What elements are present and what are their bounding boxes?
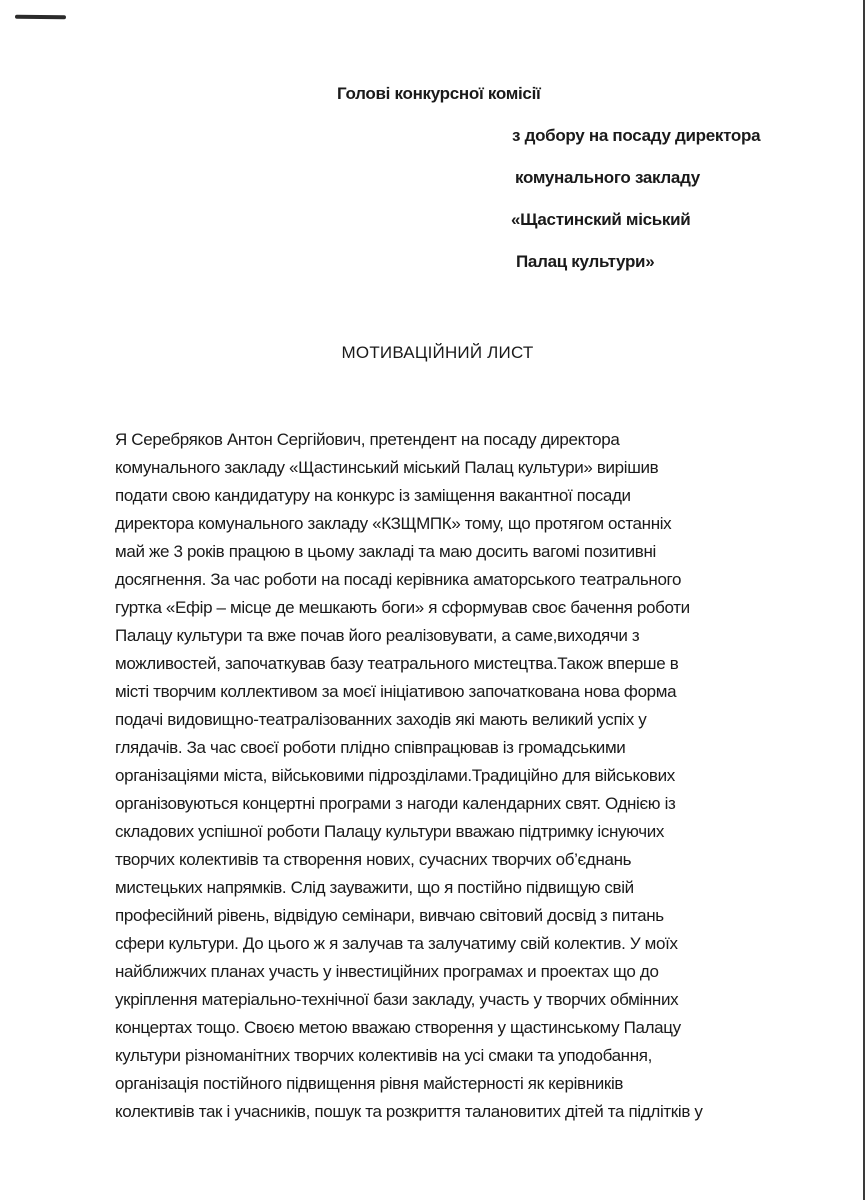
addressee-line-5: Палац культури»: [516, 252, 654, 272]
body-line: професійний рівень, відвідую семінари, в…: [115, 902, 815, 930]
body-line: сфери культури. До цього ж я залучав та …: [115, 930, 815, 958]
body-line: подати свою кандидатуру на конкурс із за…: [115, 482, 815, 510]
addressee-line-1: Голові конкурсної комісії: [337, 84, 540, 104]
scan-mark-dash: [15, 15, 66, 20]
body-line: можливостей, започаткував базу театральн…: [115, 650, 815, 678]
body-line: складових успішної роботи Палацу культур…: [115, 818, 815, 846]
body-line: культури різноманітних творчих колективі…: [115, 1042, 815, 1070]
body-line: концертах тощо. Своєю метою вважаю створ…: [115, 1014, 815, 1042]
body-line: колективів так і учасників, пошук та роз…: [115, 1098, 815, 1126]
body-line: організаціями міста, військовими підрозд…: [115, 762, 815, 790]
body-line: директора комунального закладу «КЗЩМПК» …: [115, 510, 815, 538]
letter-body: Я Серебряков Антон Сергійович, претенден…: [115, 426, 815, 1126]
body-line: май же 3 років працюю в цьому закладі та…: [115, 538, 815, 566]
body-line: гуртка «Ефір – місце де мешкають боги» я…: [115, 594, 815, 622]
addressee-line-3: комунального закладу: [515, 168, 700, 188]
body-line: творчих колективів та створення нових, с…: [115, 846, 815, 874]
body-line: мистецьких напрямків. Слід зауважити, що…: [115, 874, 815, 902]
body-line: досягнення. За час роботи на посаді кері…: [115, 566, 815, 594]
addressee-line-4: «Щастинский міський: [511, 210, 690, 230]
body-line: організовуються концертні програми з наг…: [115, 790, 815, 818]
body-line: місті творчим коллективом за моєї ініціа…: [115, 678, 815, 706]
body-line: Я Серебряков Антон Сергійович, претенден…: [115, 426, 815, 454]
addressee-line-2: з добору на посаду директора: [512, 126, 760, 146]
body-line: глядачів. За час своєї роботи плідно спі…: [115, 734, 815, 762]
body-line: організація постійного підвищення рівня …: [115, 1070, 815, 1098]
document-title: МОТИВАЦІЙНИЙ ЛИСТ: [0, 343, 865, 363]
body-line: подачі видовищно-театралізованних заході…: [115, 706, 815, 734]
body-line: Палацу культури та вже почав його реаліз…: [115, 622, 815, 650]
scanned-page: Голові конкурсної комісії з добору на по…: [0, 0, 865, 1200]
body-line: укріплення матеріально-технічної бази за…: [115, 986, 815, 1014]
body-line: комунального закладу «Щастинський міськи…: [115, 454, 815, 482]
body-line: найближчих планах участь у інвестиційних…: [115, 958, 815, 986]
